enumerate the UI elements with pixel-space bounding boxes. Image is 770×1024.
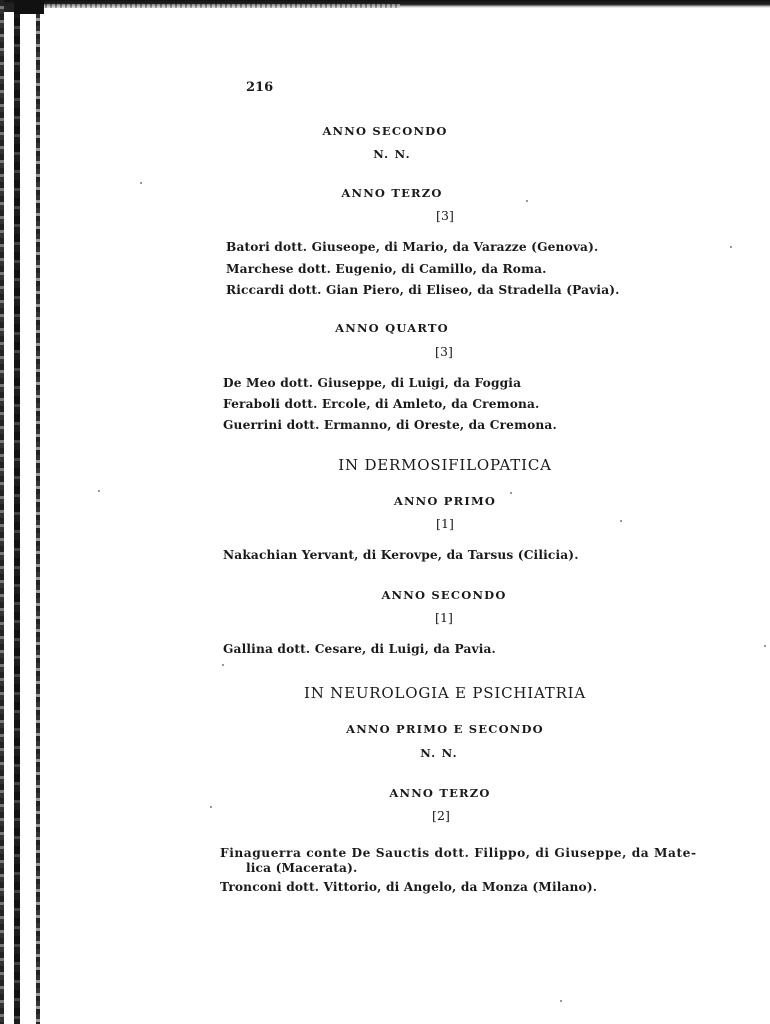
scan-speck <box>526 200 528 202</box>
count-1-secondo: [1] <box>0 610 770 625</box>
entry-riccardi: Riccardi dott. Gian Piero, di Eliseo, da… <box>226 283 620 297</box>
scan-speck <box>560 1000 562 1002</box>
entry-guerrini: Guerrini dott. Ermanno, di Oreste, da Cr… <box>223 418 557 432</box>
subheading-anno-quarto: ANNO QUARTO <box>0 321 770 335</box>
scan-top-edge-noise <box>40 4 400 8</box>
section-neurologia-psichiatria: IN NEUROLOGIA E PSICHIATRIA <box>0 684 770 702</box>
scan-speck <box>98 490 100 492</box>
count-3: [3] <box>0 208 770 223</box>
entry-de-meo: De Meo dott. Giuseppe, di Luigi, da Fogg… <box>223 376 521 390</box>
subheading-anno-primo-e-secondo: ANNO PRIMO E SECONDO <box>0 722 770 736</box>
entry-marchese: Marchese dott. Eugenio, di Camillo, da R… <box>226 262 547 276</box>
count-nn: N. N. <box>0 147 770 161</box>
subheading-anno-secondo-derm: ANNO SECONDO <box>0 588 770 602</box>
count-2: [2] <box>0 808 770 823</box>
section-dermosifilopatica: IN DERMOSIFILOPATICA <box>0 456 770 474</box>
entry-finaguerra-continuation: lica (Macerata). <box>246 861 357 875</box>
count-1: [1] <box>0 516 770 531</box>
count-3-quarto: [3] <box>0 344 770 359</box>
scan-speck <box>222 664 224 666</box>
entry-feraboli: Feraboli dott. Ercole, di Amleto, da Cre… <box>223 397 539 411</box>
subheading-anno-terzo-neuro: ANNO TERZO <box>0 786 770 800</box>
subheading-anno-terzo: ANNO TERZO <box>0 186 770 200</box>
scan-speck <box>764 645 766 647</box>
scan-speck <box>730 246 732 248</box>
page-number: 216 <box>246 80 273 95</box>
scan-speck <box>140 182 142 184</box>
subheading-anno-secondo: ANNO SECONDO <box>0 124 770 138</box>
subheading-anno-primo: ANNO PRIMO <box>0 494 770 508</box>
entry-tronconi: Tronconi dott. Vittorio, di Angelo, da M… <box>220 880 597 894</box>
entry-batori: Batori dott. Giuseope, di Mario, da Vara… <box>226 240 598 254</box>
count-nn-neuro: N. N. <box>0 746 770 760</box>
entry-finaguerra: Finaguerra conte De Sauctis dott. Filipp… <box>220 846 697 860</box>
entry-nakachian: Nakachian Yervant, di Kerovpe, da Tarsus… <box>223 548 579 562</box>
entry-gallina: Gallina dott. Cesare, di Luigi, da Pavia… <box>223 642 496 656</box>
